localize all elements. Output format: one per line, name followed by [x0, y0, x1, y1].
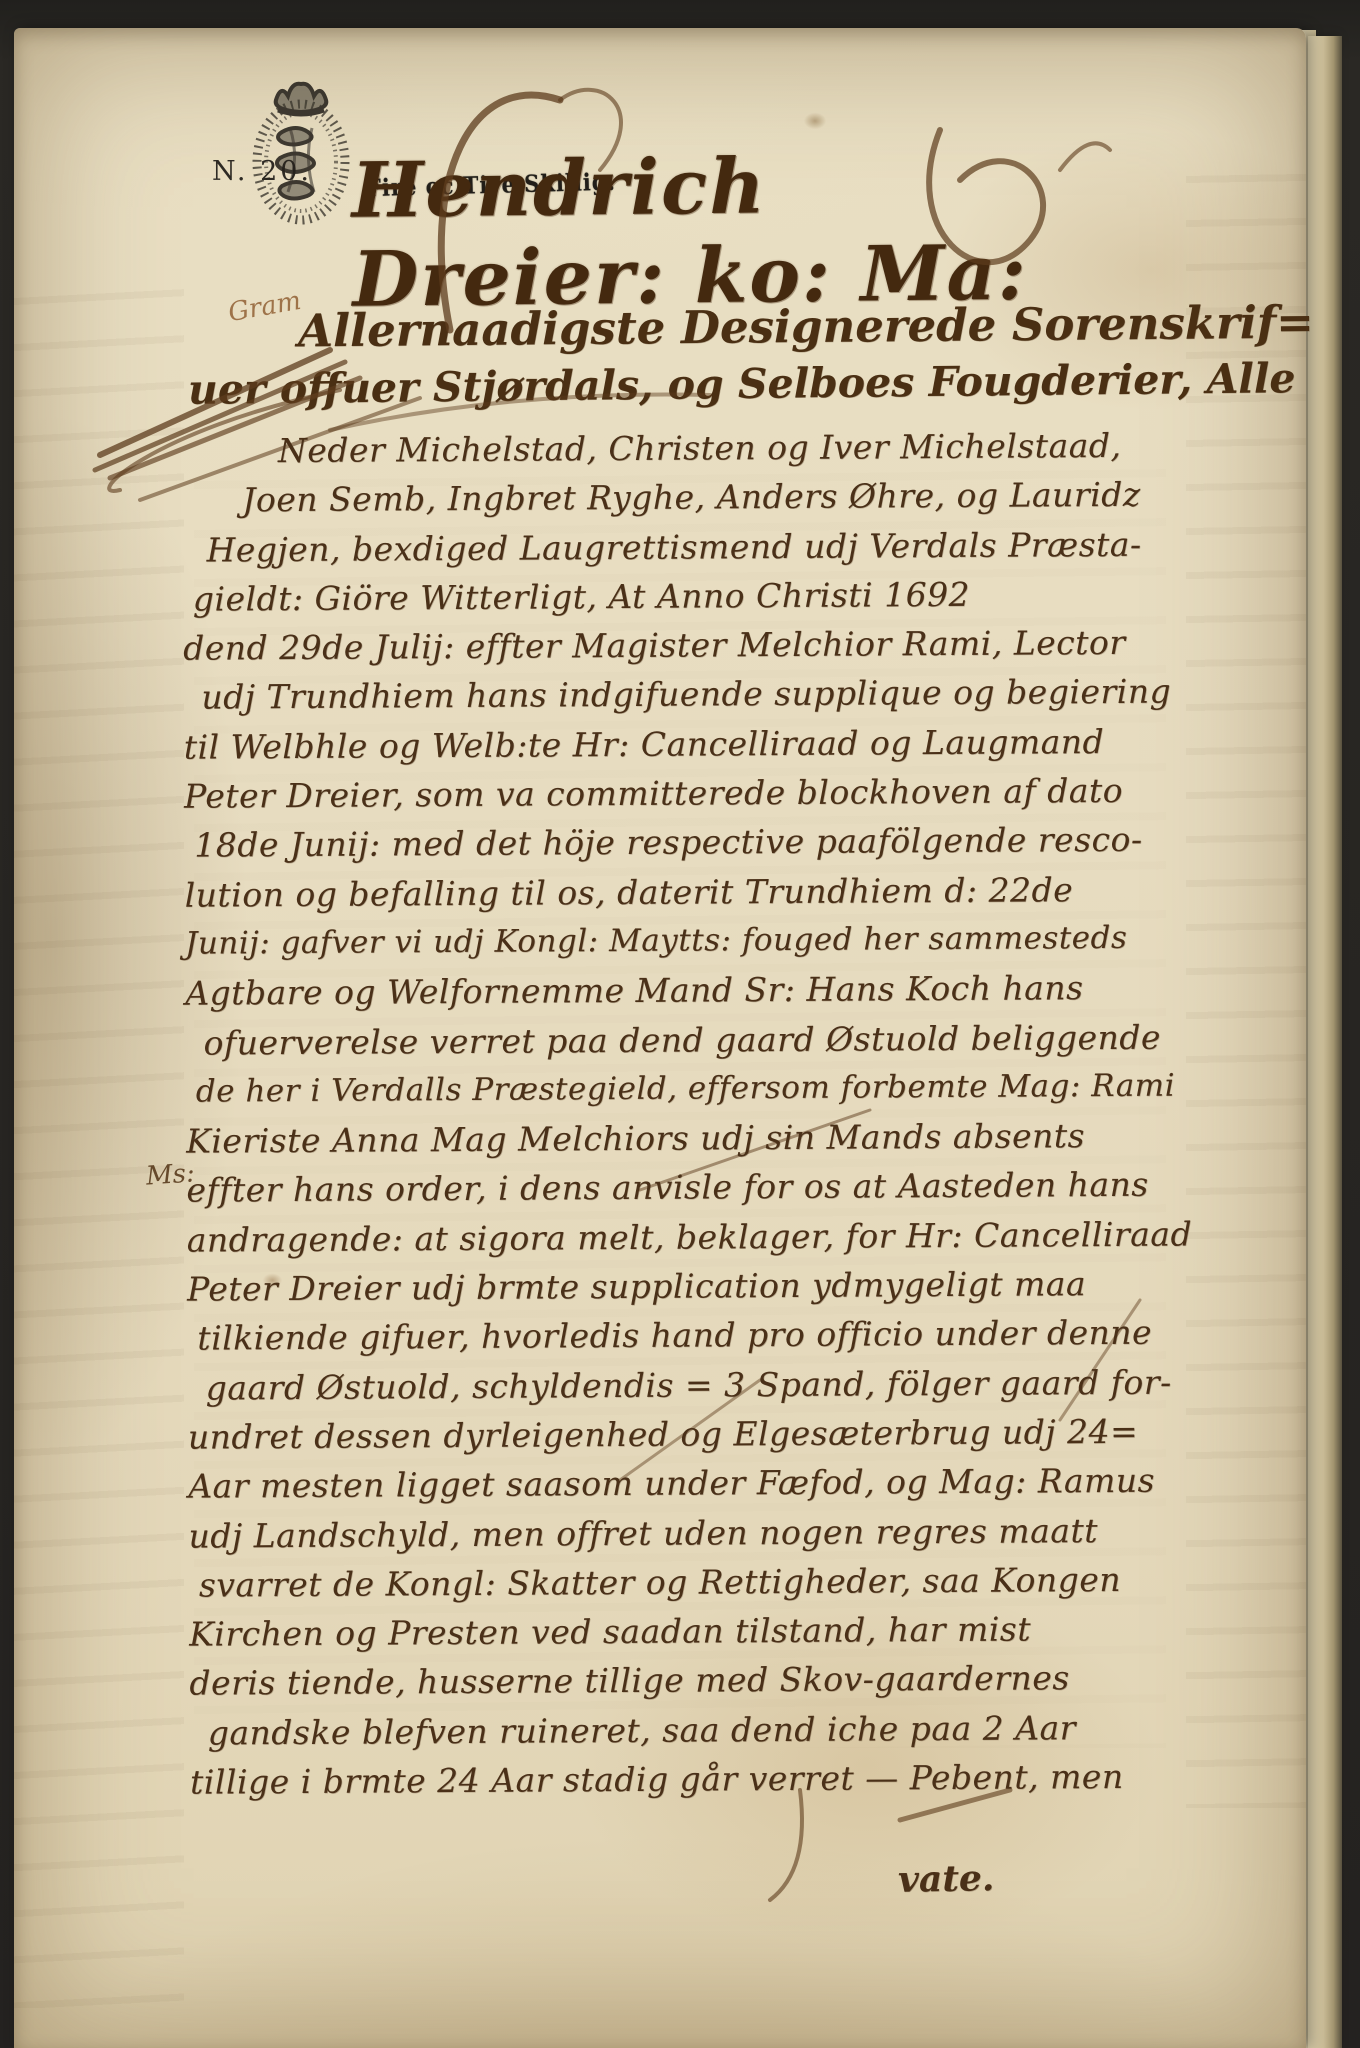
manuscript-line: til Welbhle og Welb:te Hr: Cancelliraad … — [184, 717, 1064, 772]
manuscript-line: deris tiende, husserne tillige med Skov-… — [189, 1654, 1069, 1709]
manuscript-line: tilkiende gifuer, hvorledis hand pro off… — [187, 1309, 1067, 1364]
manuscript-line: Kieriste Anna Mag Melchiors udj sin Mand… — [186, 1111, 1066, 1166]
manuscript-line: Hegjen, bexdiged Laugrettismend udj Verd… — [182, 520, 1062, 575]
manuscript-line: ofuerverelse verret paa dend gaard Østuo… — [185, 1013, 1065, 1068]
manuscript-line: Joen Semb, Ingbret Ryghe, Anders Øhre, o… — [182, 471, 1062, 526]
manuscript-line: svarret de Kongl: Skatter og Rettigheder… — [189, 1555, 1069, 1610]
manuscript-line: Aar mesten ligget saasom under Fæfod, og… — [188, 1457, 1068, 1512]
manuscript-line: 18de Junij: med det höje respective paaf… — [184, 816, 1064, 871]
manuscript-line: undret dessen dyrleigenhed og Elgesæterb… — [188, 1407, 1068, 1462]
manuscript-line: andragende: at sigora melt, beklager, fo… — [187, 1210, 1067, 1265]
royal-seal-icon — [238, 70, 364, 232]
scanned-manuscript-page: N. 20. Fire oc Tive Skillig. Gram Ms: He… — [0, 0, 1360, 2048]
catchword: vate. — [898, 1857, 995, 1901]
manuscript-line: Neder Michelstad, Christen og Iver Miche… — [182, 421, 1062, 476]
manuscript-line: Agtbare og Welfornemme Mand Sr: Hans Koc… — [185, 964, 1065, 1019]
manuscript-line: de her i Verdalls Præstegield, effersom … — [186, 1062, 1066, 1117]
manuscript-line: tillige i brmte 24 Aar stadig går verret… — [190, 1752, 1070, 1807]
manuscript-line: Kirchen og Presten ved saadan tilstand, … — [189, 1604, 1069, 1659]
manuscript-line: Peter Dreier, som va committerede blockh… — [184, 766, 1064, 821]
manuscript-line: Junij: gafver vi udj Kongl: Maytts: foug… — [185, 914, 1065, 969]
heading-line-2: Allernaadigste Designerede Sorenskrif= — [298, 296, 1314, 358]
manuscript-line: gandske blefven ruineret, saa dend iche … — [190, 1703, 1070, 1758]
manuscript-line: effter hans order, i dens anvisle for os… — [186, 1161, 1066, 1216]
manuscript-line: Peter Dreier udj brmte supplication ydmy… — [187, 1259, 1067, 1314]
manuscript-line: lution og befalling til os, daterit Trun… — [185, 865, 1065, 920]
manuscript-line: gieldt: Giöre Witterligt, At Anno Christ… — [183, 569, 1063, 624]
document-title-calligraphy: Hendrich Dreier: ko: Ma: — [351, 138, 1073, 324]
ink-bleedthrough-left-margin — [14, 268, 184, 2008]
manuscript-line: udj Landschyld, men offret uden nogen re… — [188, 1506, 1068, 1561]
body-lines: Neder Michelstad, Christen og Iver Miche… — [182, 421, 1070, 1807]
manuscript-line: gaard Østuold, schyldendis = 3 Spand, fö… — [188, 1358, 1068, 1413]
manuscript-line: dend 29de Julij: effter Magister Melchio… — [183, 619, 1063, 674]
manuscript-line: udj Trundhiem hans indgifuende supplique… — [183, 668, 1063, 723]
